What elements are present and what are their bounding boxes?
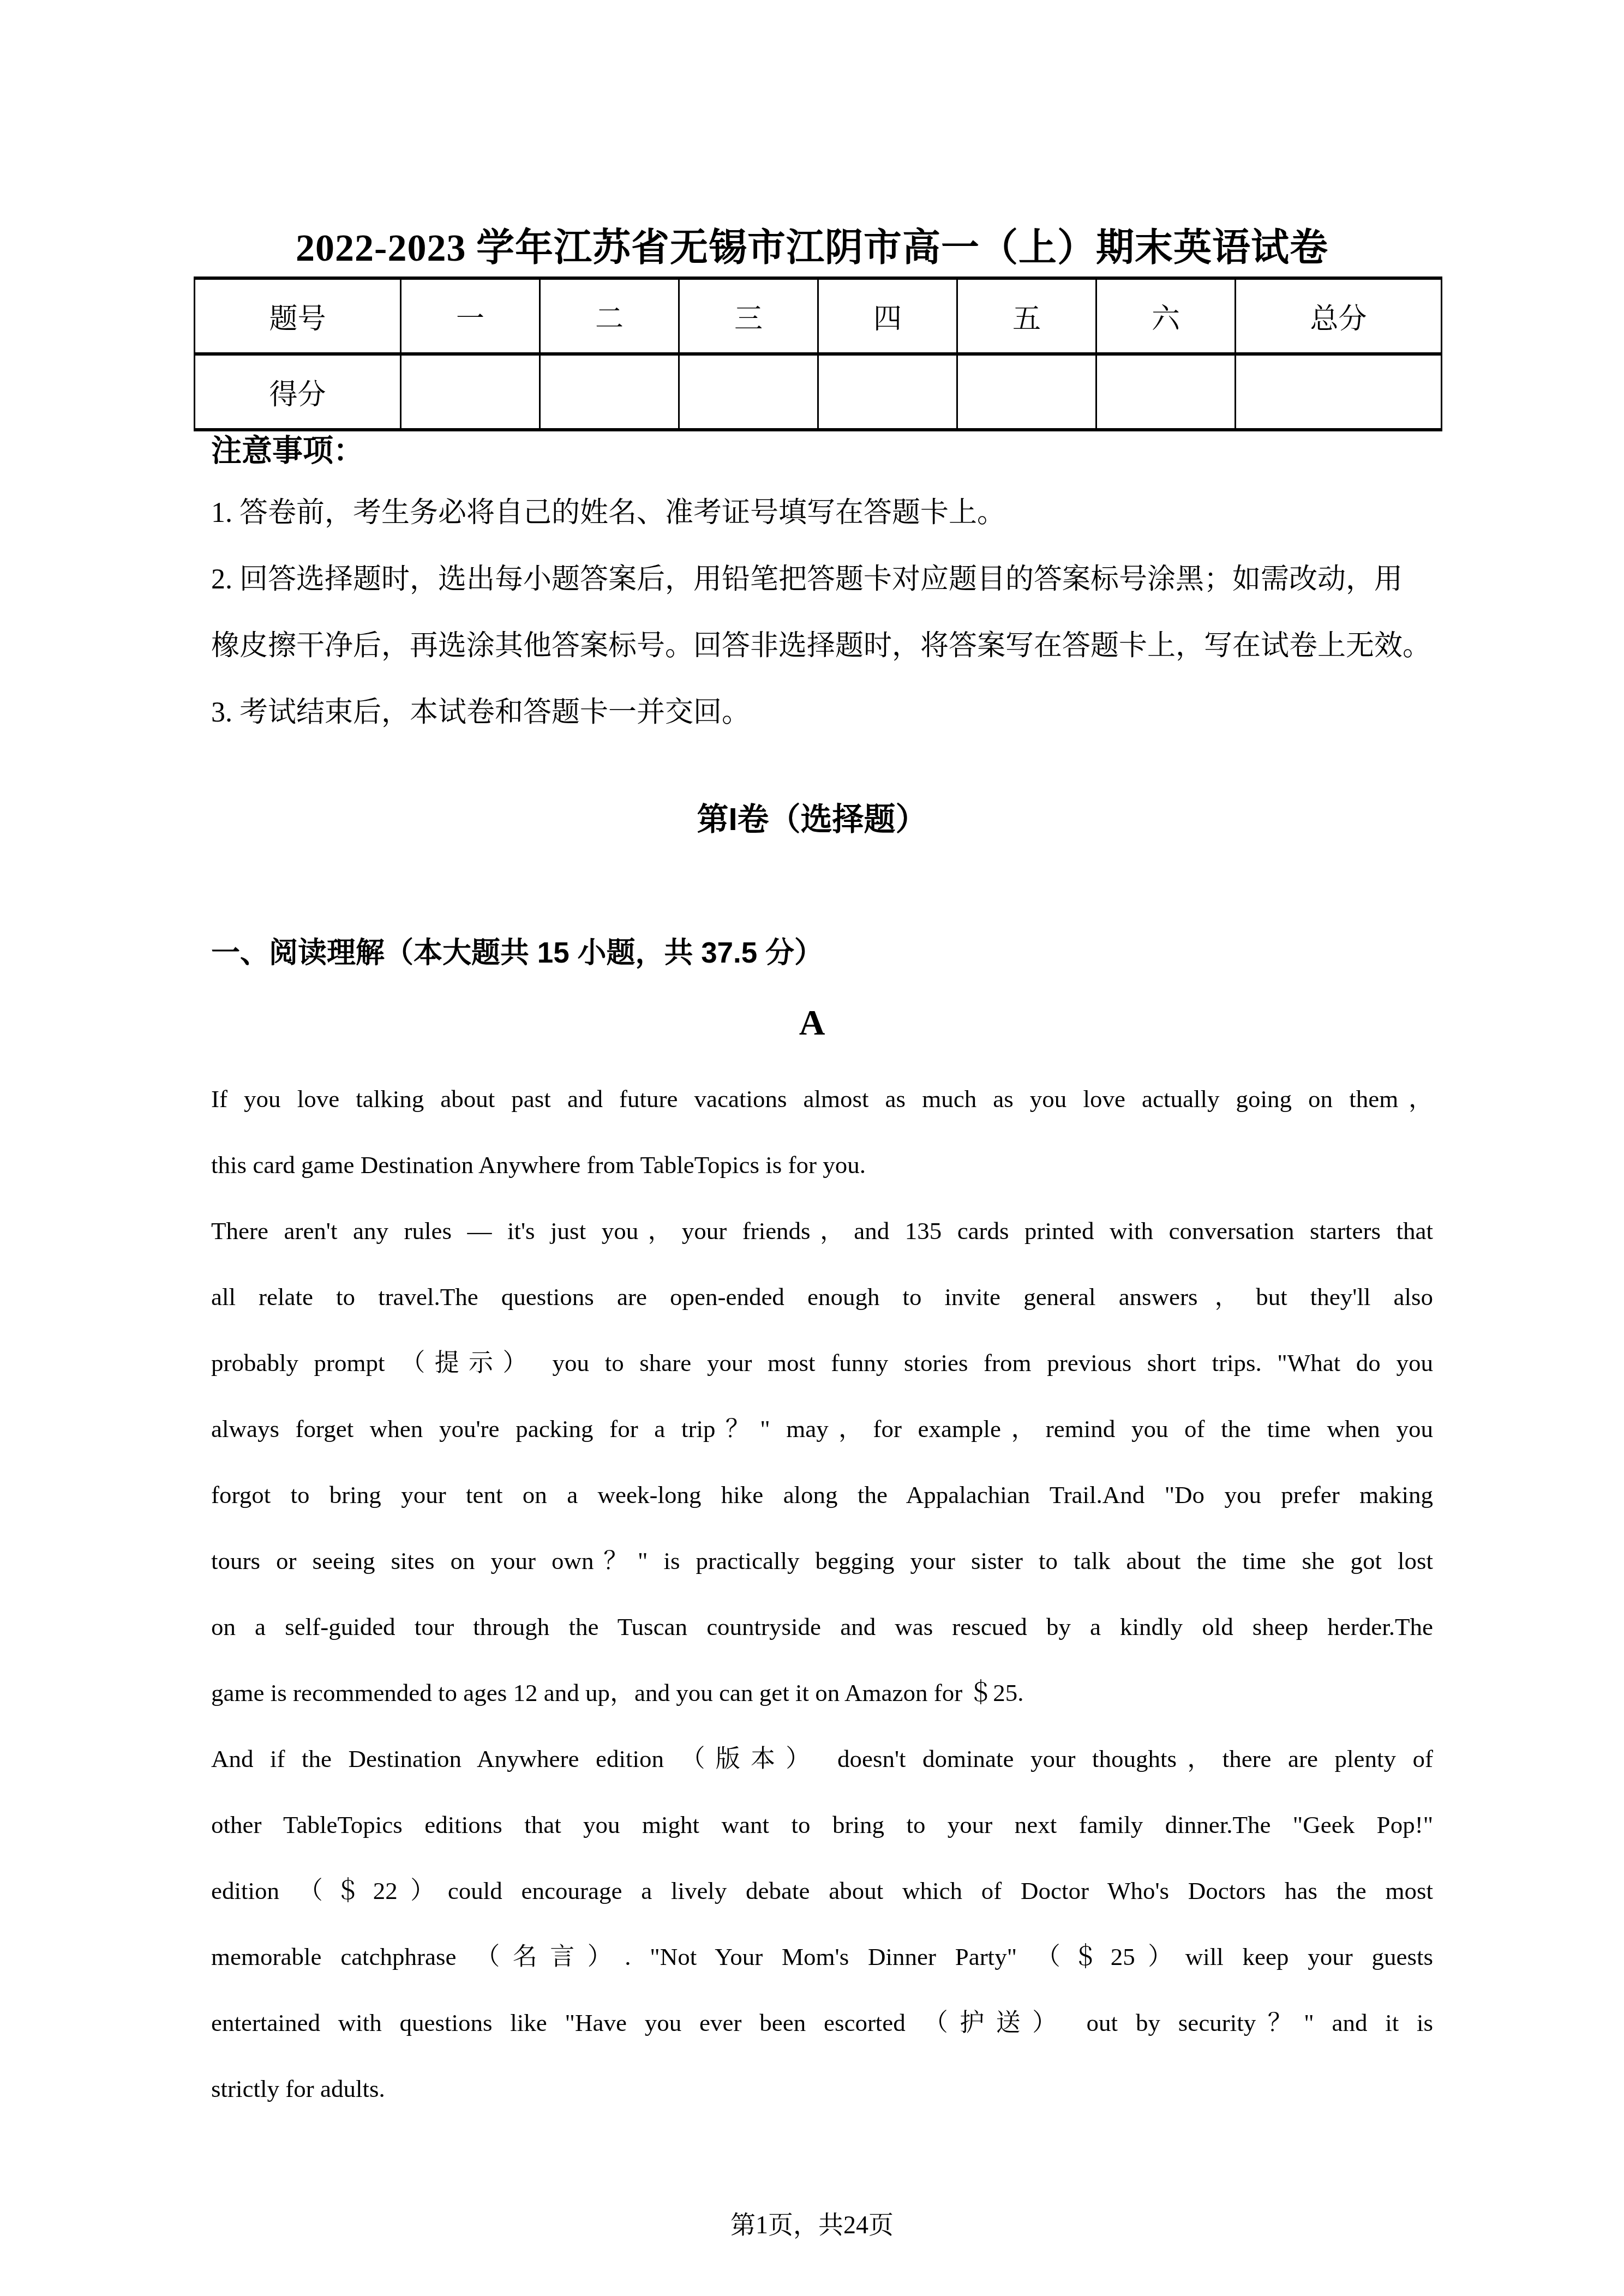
passage-line: And if the Destination Anywhere edition … [211,1726,1433,1792]
notice-body: 1. 答卷前，考生务必将自己的姓名、准考证号填写在答题卡上。 2. 回答选择题时… [211,480,1439,746]
score-table-label-cell: 得分 [195,354,401,430]
reading-passage-a: If you love talking about past and futur… [211,1066,1433,2122]
notice-heading: 注意事项： [211,426,364,470]
score-table-cell [679,354,818,430]
passage-line: tours or seeing sites on your own？" is p… [211,1528,1433,1594]
passage-line: all relate to travel.The questions are o… [211,1264,1433,1330]
score-table-label-cell: 题号 [195,278,401,354]
score-table-cell: 六 [1096,278,1236,354]
page-title: 2022-2023 学年江苏省无锡市江阴市高一（上）期末英语试卷 [0,217,1624,272]
passage-line: always forget when you're packing for a … [211,1396,1433,1462]
score-table-cell: 五 [957,278,1096,354]
passage-line: entertained with questions like "Have yo… [211,1990,1433,2056]
passage-line: There aren't any rules — it's just you，y… [211,1198,1433,1264]
score-table-cell [957,354,1096,430]
passage-line: forgot to bring your tent on a week-long… [211,1462,1433,1528]
passage-line: edition （＄22）could encourage a lively de… [211,1858,1433,1924]
score-table-cell: 总分 [1236,278,1442,354]
score-table: 题号一二三四五六总分得分 [194,277,1442,431]
passage-line: memorable catchphrase （名言）. "Not Your Mo… [211,1924,1433,1990]
score-table-header-row: 题号一二三四五六总分 [195,278,1442,354]
score-table-cell [540,354,679,430]
score-table-cell: 二 [540,278,679,354]
score-table-cell: 三 [679,278,818,354]
passage-line: this card game Destination Anywhere from… [211,1132,1433,1198]
passage-line: probably prompt （提示） you to share your m… [211,1330,1433,1396]
passage-line: other TableTopics editions that you migh… [211,1792,1433,1858]
exam-paper-page: 2022-2023 学年江苏省无锡市江阴市高一（上）期末英语试卷 题号一二三四五… [0,0,1624,2296]
passage-line: If you love talking about past and futur… [211,1066,1433,1132]
passage-line: on a self-guided tour through the Tuscan… [211,1594,1433,1660]
score-table-score-row: 得分 [195,354,1442,430]
part1-title: 第I卷（选择题） [0,794,1624,839]
passage-a-label: A [0,1002,1624,1044]
section1-reading-title: 一、阅读理解（本大题共 15 小题，共 37.5 分） [211,930,823,971]
score-table-cell [818,354,957,430]
score-table-cell [401,354,540,430]
score-table-cell: 一 [401,278,540,354]
passage-line: strictly for adults. [211,2056,1433,2122]
page-number-footer: 第1页，共24页 [0,2205,1624,2241]
score-table-cell [1236,354,1442,430]
score-table-cell [1096,354,1236,430]
score-table-cell: 四 [818,278,957,354]
passage-line: game is recommended to ages 12 and up，an… [211,1660,1433,1726]
